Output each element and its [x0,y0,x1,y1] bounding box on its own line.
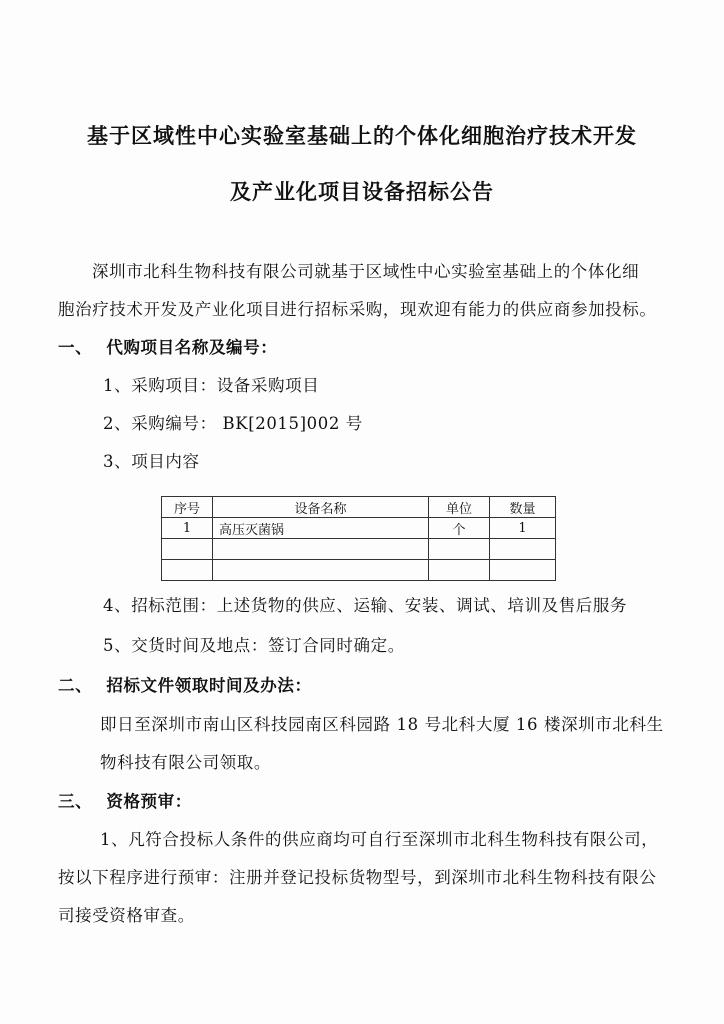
column-header: 序号 [162,497,213,518]
column-header: 设备名称 [213,497,429,518]
section-heading-text: 招标文件领取时间及办法： [106,676,311,695]
table-cell [162,539,213,560]
section-1-item-4: 4、招标范围：上述货物的供应、运输、安装、调试、培训及售后服务 [103,592,627,616]
equipment-table: 序号 设备名称 单位 数量 1 高压灭菌锅 个 1 [161,496,556,581]
column-header: 单位 [429,497,490,518]
section-3-body-line-2: 按以下程序进行预审：注册并登记投标货物型号，到深圳市北科生物科技有限公 [58,864,657,888]
table-header-row: 序号 设备名称 单位 数量 [162,497,556,518]
section-3-body-line-1: 1、凡符合投标人条件的供应商均可自行至深圳市北科生物科技有限公司， [100,826,658,850]
page-title-line-2: 及产业化项目设备招标公告 [0,176,724,206]
section-1-item-5: 5、交货时间及地点：签订合同时确定。 [103,632,405,656]
table-row [162,560,556,581]
table-cell [162,560,213,581]
column-header: 数量 [490,497,556,518]
table-cell: 1 [490,518,556,539]
table-cell: 高压灭菌锅 [213,518,429,539]
table-cell [429,560,490,581]
section-3-heading: 三、 资格预审： [58,788,192,812]
table-cell [429,539,490,560]
section-1-item-3: 3、项目内容 [103,448,200,472]
section-number: 三、 [58,788,100,812]
table-cell: 个 [429,518,490,539]
section-2-body-line-1: 即日至深圳市南山区科技园南区科园路 18 号北科大厦 16 楼深圳市北科生 [100,711,664,735]
section-1-item-2: 2、采购编号： BK[2015]002 号 [103,410,363,434]
section-number: 二、 [58,672,100,696]
table-cell: 1 [162,518,213,539]
table-cell [490,560,556,581]
section-1-item-1: 1、采购项目：设备采购项目 [103,372,319,396]
intro-paragraph-line-1: 深圳市北科生物科技有限公司就基于区域性中心实验室基础上的个体化细 [92,258,639,282]
section-3-body-line-3: 司接受资格审查。 [58,902,195,926]
section-1-heading: 一、 代购项目名称及编号： [58,334,277,358]
intro-paragraph-line-2: 胞治疗技术开发及产业化项目进行招标采购，现欢迎有能力的供应商参加投标。 [58,296,657,320]
section-2-heading: 二、 招标文件领取时间及办法： [58,672,312,696]
table-cell [213,539,429,560]
table-cell [490,539,556,560]
table-row: 1 高压灭菌锅 个 1 [162,518,556,539]
section-number: 一、 [58,334,100,358]
page-title-line-1: 基于区域性中心实验室基础上的个体化细胞治疗技术开发 [0,120,724,150]
section-heading-text: 代购项目名称及编号： [106,338,277,357]
section-heading-text: 资格预审： [106,792,192,811]
table-cell [213,560,429,581]
section-2-body-line-2: 物科技有限公司领取。 [100,749,271,773]
table-row [162,539,556,560]
